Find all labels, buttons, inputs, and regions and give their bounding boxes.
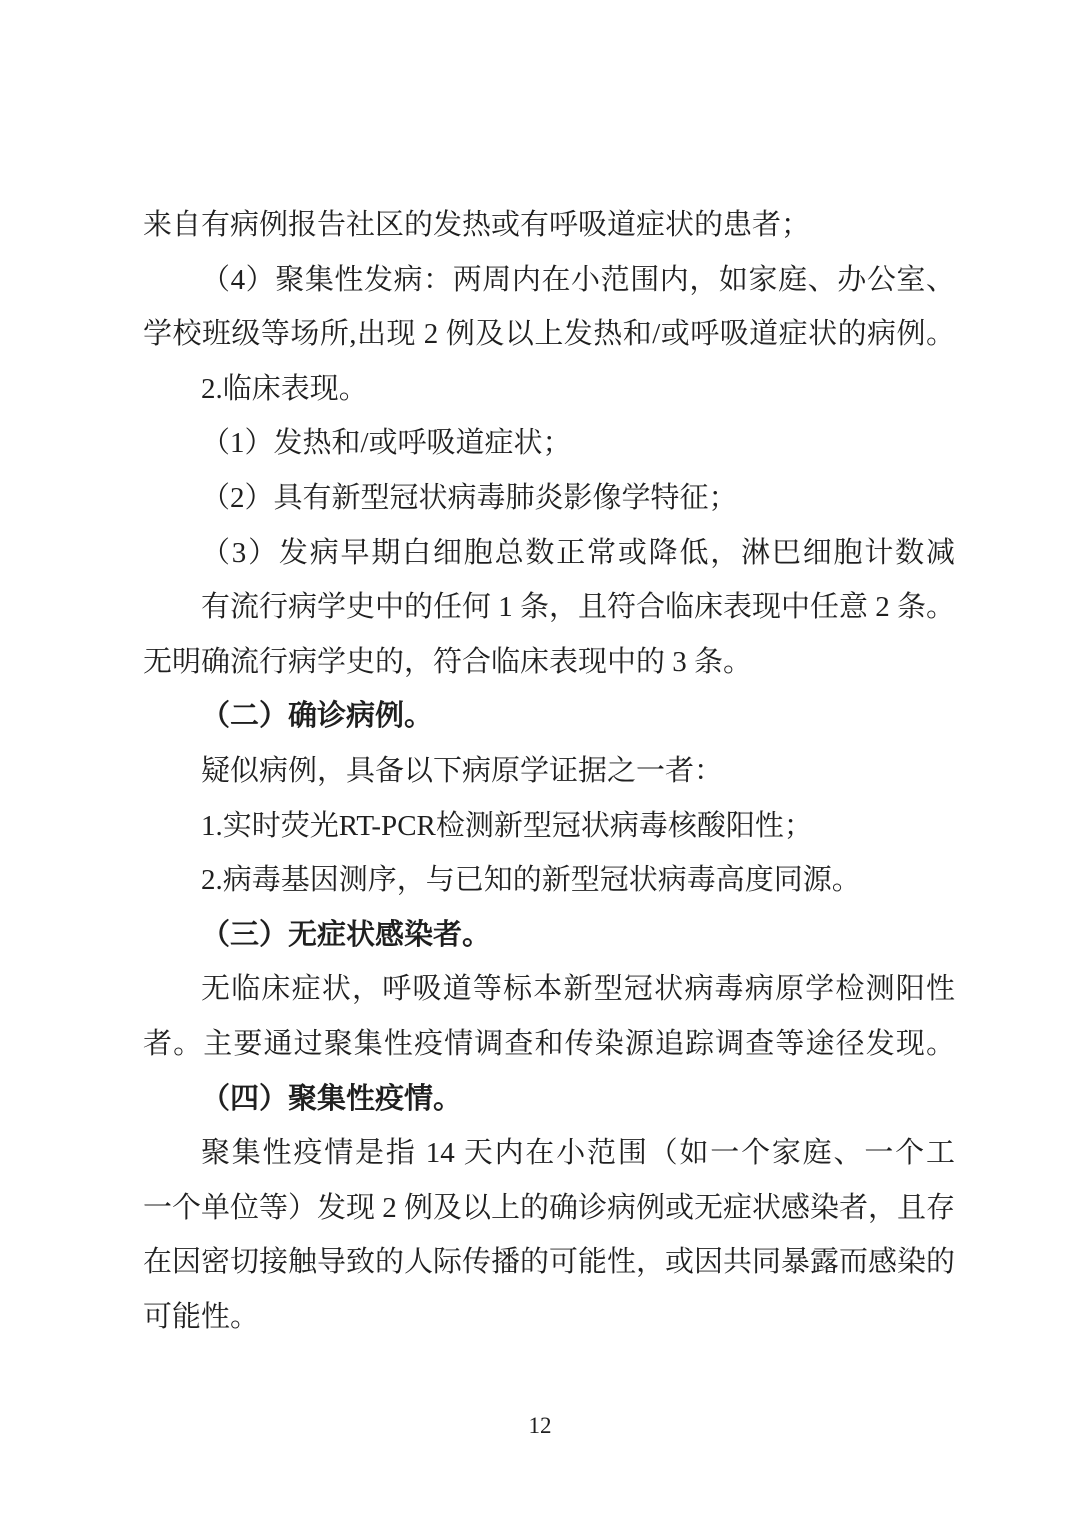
document-lines: 来自有病例报告社区的发热或有呼吸道症状的患者；（4）聚集性发病：两周内在小范围内… bbox=[143, 198, 955, 1344]
text-line: （3）发病早期白细胞总数正常或降低，淋巴细胞计数减少。 bbox=[143, 526, 955, 581]
text-line: 2.病毒基因测序，与已知的新型冠状病毒高度同源。 bbox=[143, 853, 955, 908]
text-line: （1）发热和/或呼吸道症状； bbox=[143, 416, 955, 471]
text-line: （三）无症状感染者。 bbox=[143, 908, 955, 963]
text-line: 学校班级等场所,出现 2 例及以上发热和/或呼吸道症状的病例。 bbox=[143, 307, 955, 362]
text-line: 2.临床表现。 bbox=[143, 362, 955, 417]
text-line: 可能性。 bbox=[143, 1290, 955, 1345]
text-line: 来自有病例报告社区的发热或有呼吸道症状的患者； bbox=[143, 198, 955, 253]
text-line: 1.实时荧光RT-PCR检测新型冠状病毒核酸阳性； bbox=[143, 799, 955, 854]
page-number: 12 bbox=[0, 1406, 1080, 1446]
text-line: （4）聚集性发病：两周内在小范围内，如家庭、办公室、 bbox=[143, 253, 955, 308]
text-line: 者。主要通过聚集性疫情调查和传染源追踪调查等途径发现。 bbox=[143, 1017, 955, 1072]
text-line: （2）具有新型冠状病毒肺炎影像学特征； bbox=[143, 471, 955, 526]
text-line: 在因密切接触导致的人际传播的可能性，或因共同暴露而感染的 bbox=[143, 1235, 955, 1290]
text-line: 无明确流行病学史的，符合临床表现中的 3 条。 bbox=[143, 635, 955, 690]
text-line: 有流行病学史中的任何 1 条，且符合临床表现中任意 2 条。 bbox=[143, 580, 955, 635]
text-line: （二）确诊病例。 bbox=[143, 689, 955, 744]
text-line: 疑似病例，具备以下病原学证据之一者： bbox=[143, 744, 955, 799]
text-line: 聚集性疫情是指 14 天内在小范围（如一个家庭、一个工地、 bbox=[143, 1126, 955, 1181]
document-page: 来自有病例报告社区的发热或有呼吸道症状的患者；（4）聚集性发病：两周内在小范围内… bbox=[0, 0, 1080, 1527]
text-line: （四）聚集性疫情。 bbox=[143, 1072, 955, 1127]
text-line: 一个单位等）发现 2 例及以上的确诊病例或无症状感染者，且存 bbox=[143, 1181, 955, 1236]
text-line: 无临床症状，呼吸道等标本新型冠状病毒病原学检测阳性 bbox=[143, 962, 955, 1017]
